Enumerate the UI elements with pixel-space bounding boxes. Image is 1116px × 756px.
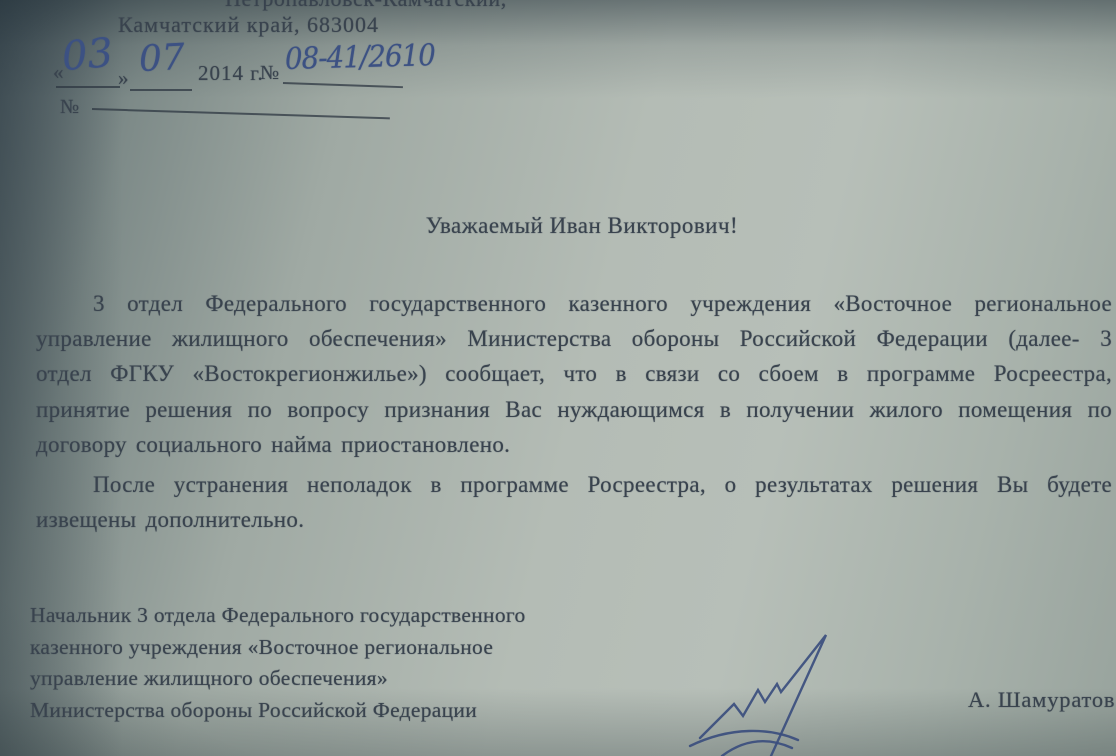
signature-handwriting-icon (686, 626, 856, 756)
signer-title-line: управление жилищного обеспечения» (30, 663, 640, 695)
signer-title-line: Начальник 3 отдела Федерального государс… (30, 600, 640, 632)
body-line: отдел ФГКУ «Востокрегионжилье») сообщает… (36, 356, 1112, 391)
letterhead-region-line: Камчатский край, 683004 (118, 12, 379, 38)
letterhead-city-line: Петропавловск-Камчатский, (225, 0, 507, 12)
signer-title-line: Министерства обороны Российской Федераци… (30, 695, 640, 727)
signer-title-block: Начальник 3 отдела Федерального государс… (30, 600, 640, 726)
body-line: извещены дополнительно. (36, 502, 1112, 537)
body-line: управление жилищного обеспечения» Минист… (36, 321, 1112, 356)
handwritten-month: 07 (138, 37, 186, 80)
body-line: договору социального найма приостановлен… (36, 427, 1112, 462)
body-line: 3 отдел Федерального государственного ка… (36, 286, 1112, 321)
body-line: принятие решения по вопросу признания Ва… (36, 392, 1112, 427)
month-underline (130, 89, 192, 91)
body-line: После устранения неполадок в программе Р… (36, 467, 1112, 502)
reference-underline (92, 108, 390, 119)
salutation: Уважаемый Иван Викторович! (0, 213, 1116, 239)
outgoing-number-sign: № (260, 62, 279, 85)
handwritten-outgoing-number: 08-41/2610 (285, 38, 436, 77)
letter-body: 3 отдел Федерального государственного ка… (36, 286, 1112, 537)
year-label: 2014 г. (198, 61, 264, 86)
letter-page: Петропавловск-Камчатский, Камчатский кра… (0, 0, 1116, 756)
handwritten-day: 03 (60, 30, 115, 80)
signer-title-line: казенного учреждения «Восточное регионал… (30, 632, 640, 664)
day-underline (56, 86, 120, 88)
reference-number-sign: № (60, 96, 79, 119)
outgoing-number-underline (283, 82, 403, 88)
document-photo: Петропавловск-Камчатский, Камчатский кра… (0, 0, 1116, 756)
signer-name: А. Шамуратов (968, 687, 1115, 713)
